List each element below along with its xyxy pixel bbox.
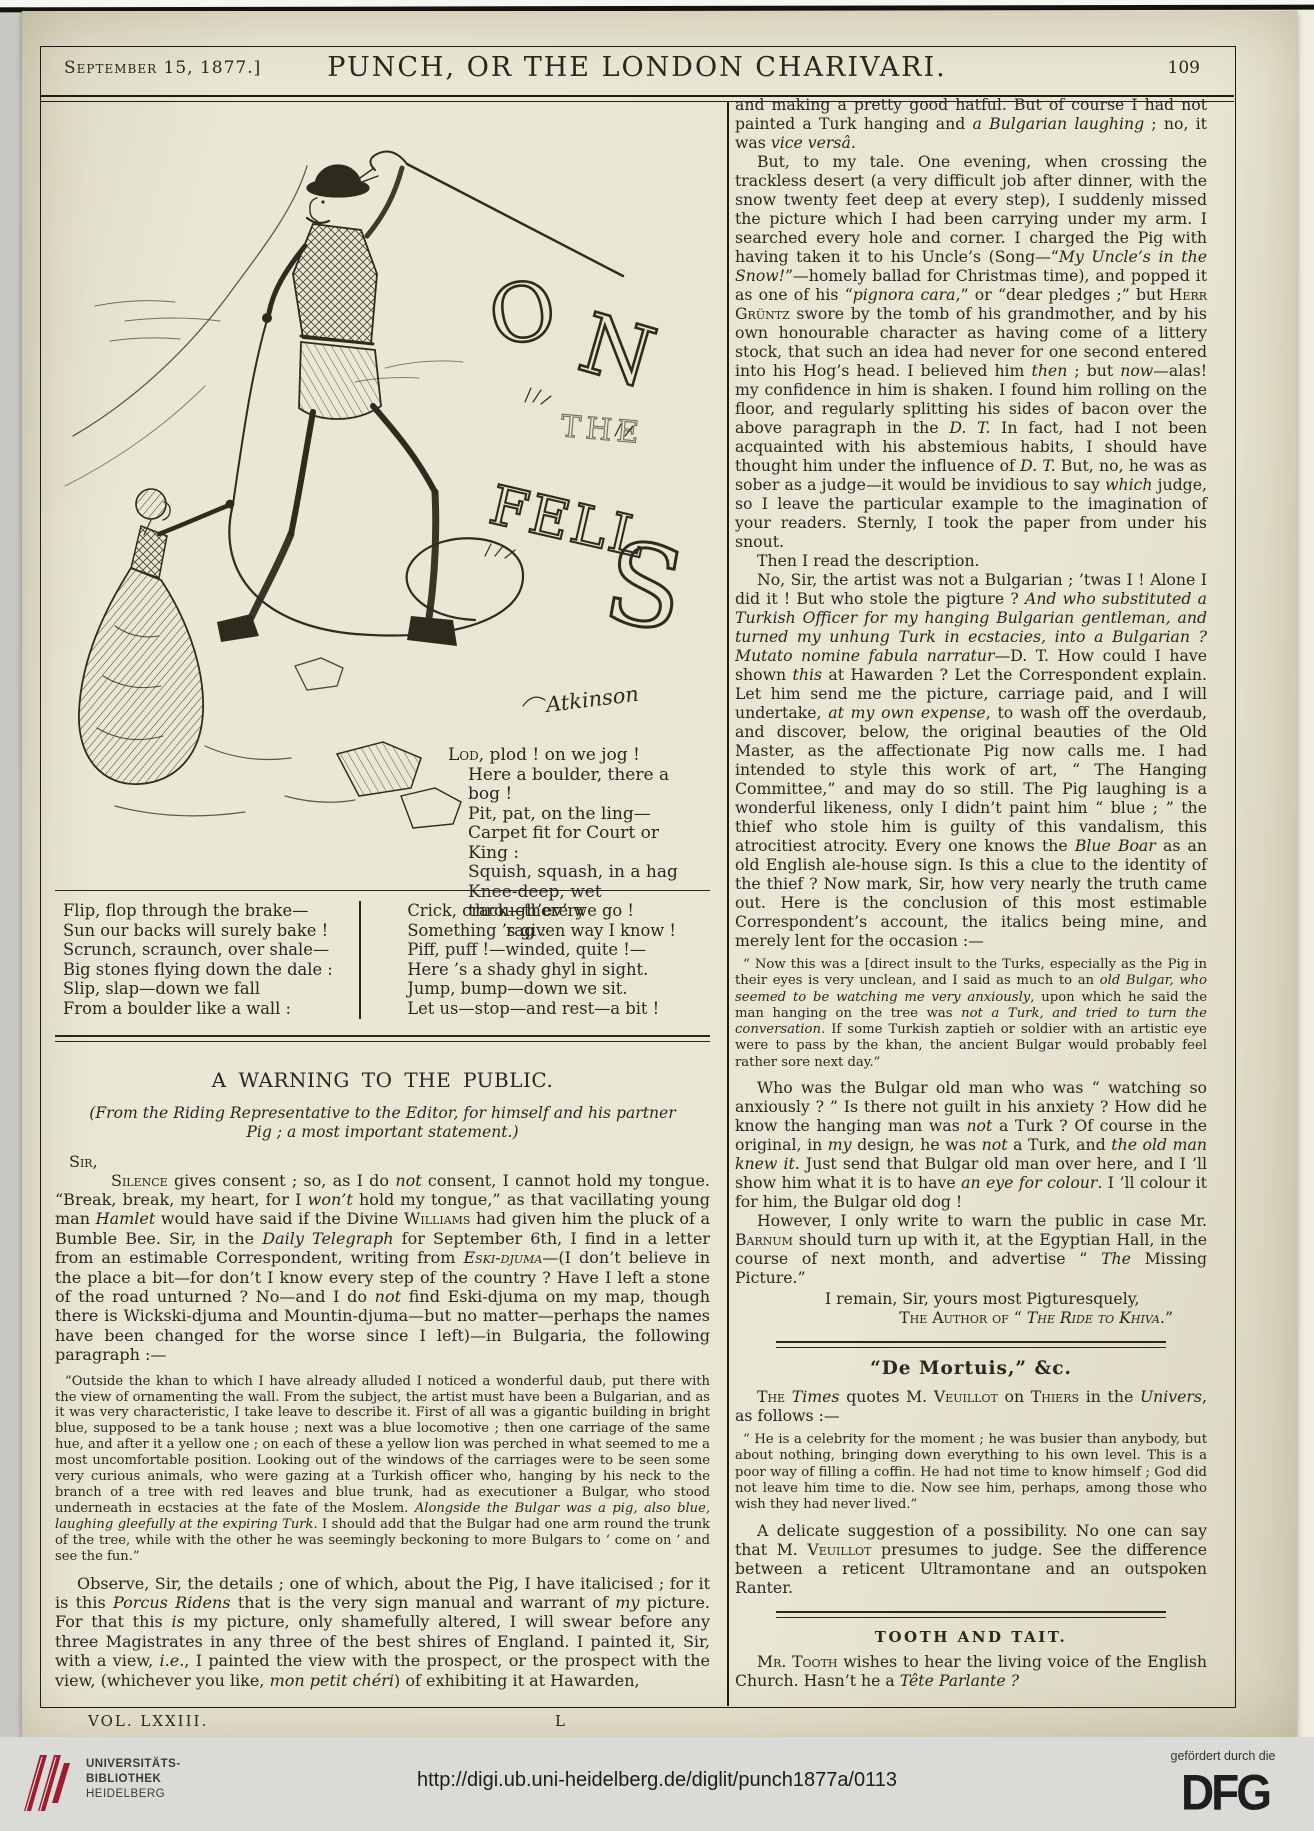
hill-slope-line-2 — [65, 386, 205, 486]
caption-line: Carpet fit for Court or King : — [448, 824, 703, 863]
verse-line: Scrunch, scraunch, over shale— — [63, 940, 359, 960]
ub-heidelberg-logo-icon — [20, 1751, 76, 1815]
letter-signature: The Author of “ The Ride to Khiva.” — [735, 1308, 1207, 1327]
tooth-paragraph: Mr. Tooth wishes to hear the living voic… — [735, 1652, 1207, 1690]
library-name: UNIVERSITÄTS- BIBLIOTHEK HEIDELBERG — [86, 1757, 181, 1802]
verse-line: From a boulder like a wall : — [63, 999, 359, 1019]
letter-paragraph-5: Who was the Bulgar old man who was “ wat… — [735, 1078, 1207, 1211]
article-heading-de-mortuis: “De Mortuis,” &c. — [735, 1358, 1207, 1379]
rope-taut — [233, 320, 267, 504]
trailing-shin — [429, 492, 436, 618]
forward-shin — [251, 534, 291, 618]
bowler-hat-dome — [315, 165, 361, 186]
verse-line: Piff, puff !—winded, quite !— — [407, 940, 710, 960]
de-mortuis-comment: A delicate suggestion of a possibility. … — [735, 1521, 1207, 1597]
letter-blockquote: “ Now this was a [direct insult to the T… — [735, 957, 1207, 1071]
woman-skirt — [79, 568, 203, 784]
verse-line: Sun our backs will surely bake ! — [63, 921, 359, 941]
letter-paragraph-4: No, Sir, the artist was not a Bulgarian … — [735, 570, 1207, 950]
masthead-title: PUNCH, OR THE LONDON CHARIVARI. — [40, 52, 1234, 83]
letter-paragraph-3: Then I read the description. — [735, 551, 1207, 570]
library-name-line: UNIVERSITÄTS- — [86, 1757, 181, 1772]
section-rule — [776, 1341, 1166, 1348]
page-number: 109 — [1100, 58, 1200, 78]
article-byline-line2: Pig ; a most important statement.) — [55, 1123, 710, 1142]
verse-line: Slip, slap—down we fall — [63, 979, 359, 999]
man-mustache — [307, 218, 329, 223]
rock-letter-n: N — [569, 296, 664, 407]
caption-line: Squish, squash, in a hag — [448, 863, 703, 883]
rock-letter-o: O — [482, 262, 563, 365]
checked-jacket — [293, 224, 377, 344]
verse-line: Jump, bump—down we sit. — [407, 979, 710, 999]
library-name-line: BIBLIOTHEK — [86, 1772, 181, 1787]
woman-hands — [226, 500, 235, 509]
verse-line: Here ’s a shady ghyl in sight. — [407, 960, 710, 980]
trailing-thigh — [373, 406, 435, 492]
man-eye — [321, 200, 324, 203]
woman-bonnet — [136, 489, 166, 519]
article-byline-line1: (From the Riding Representative to the E… — [55, 1104, 710, 1123]
caption-line: Lod, plod ! on we jog ! — [448, 746, 703, 766]
verse-line: Flip, flop through the brake— — [63, 901, 359, 921]
forward-thigh — [291, 412, 313, 534]
letter-paragraph-2: But, to my tale. One evening, when cross… — [735, 152, 1207, 551]
dfg-logo: DFG — [1160, 1763, 1290, 1821]
warning-blockquote: “Outside the khan to which I have alread… — [55, 1374, 710, 1565]
de-mortuis-intro: The Times quotes M. Veuillot on Thiers i… — [735, 1387, 1207, 1425]
funding-note: gefördert durch die — [1150, 1749, 1296, 1763]
right-column: and making a pretty good hatful. But of … — [735, 95, 1207, 1690]
verse-left-column: Flip, flop through the brake— Sun our ba… — [55, 901, 359, 1019]
article-heading-warning: A WARNING TO THE PUBLIC. — [55, 1068, 710, 1092]
letter-paragraph-1: and making a pretty good hatful. But of … — [735, 95, 1207, 152]
cartoon-caption: Lod, plod ! on we jog ! Here a boulder, … — [448, 746, 703, 941]
verse-line: Big stones flying down the dale : — [63, 960, 359, 980]
rule-below-verse — [55, 1035, 710, 1042]
left-column: O N THE FELL S Atkinson Lod, plod ! on w… — [55, 106, 710, 1690]
warning-paragraph-2: Observe, Sir, the details ; one of which… — [55, 1574, 710, 1690]
press-signature-mark: L — [500, 1712, 620, 1730]
artist-signature: Atkinson — [543, 682, 640, 717]
caption-line: Knee-deep, wet through’ev’ry — [448, 883, 703, 922]
digitization-footer: UNIVERSITÄTS- BIBLIOTHEK HEIDELBERG http… — [0, 1737, 1314, 1831]
riding-crop-shaft — [407, 164, 623, 276]
letter-paragraph-6: However, I only write to warn the public… — [735, 1211, 1207, 1287]
article-heading-tooth-and-tait: TOOTH AND TAIT. — [735, 1628, 1207, 1646]
caption-line: Here a boulder, there a bog ! — [448, 766, 703, 805]
knickerbockers — [299, 342, 381, 419]
caption-line: rag : — [448, 922, 703, 942]
signature-flourish — [523, 697, 545, 706]
scanned-page-viewer: September 15, 1877.] PUNCH, OR THE LONDO… — [0, 0, 1314, 1831]
letter-closing: I remain, Sir, yours most Pigturesquely, — [735, 1289, 1207, 1308]
warning-paragraph-1: Silence gives consent ; so, as I do not … — [55, 1171, 710, 1365]
section-rule — [776, 1611, 1166, 1618]
library-name-line: HEIDELBERG — [86, 1787, 181, 1802]
boulder-1 — [337, 742, 421, 796]
woman-arms — [159, 506, 227, 534]
verse-line: Let us—stop—and rest—a bit ! — [407, 999, 710, 1019]
moor-scribbles — [95, 301, 220, 341]
de-mortuis-quote: “ He is a celebrity for the moment ; he … — [735, 1432, 1207, 1513]
boulder-3 — [295, 658, 343, 690]
column-divider — [727, 101, 729, 1706]
caption-line: Pit, pat, on the ling— — [448, 805, 703, 825]
letter-salutation: Sir, — [69, 1152, 710, 1171]
rock-word-the: THE — [559, 409, 645, 451]
volume-mark: VOL. LXXIII. — [88, 1712, 208, 1730]
scan-source-url: http://digi.ub.uni-heidelberg.de/diglit/… — [257, 1769, 1057, 1792]
cartoon-on-the-fells: O N THE FELL S Atkinson Lod, plod ! on w… — [55, 106, 710, 888]
